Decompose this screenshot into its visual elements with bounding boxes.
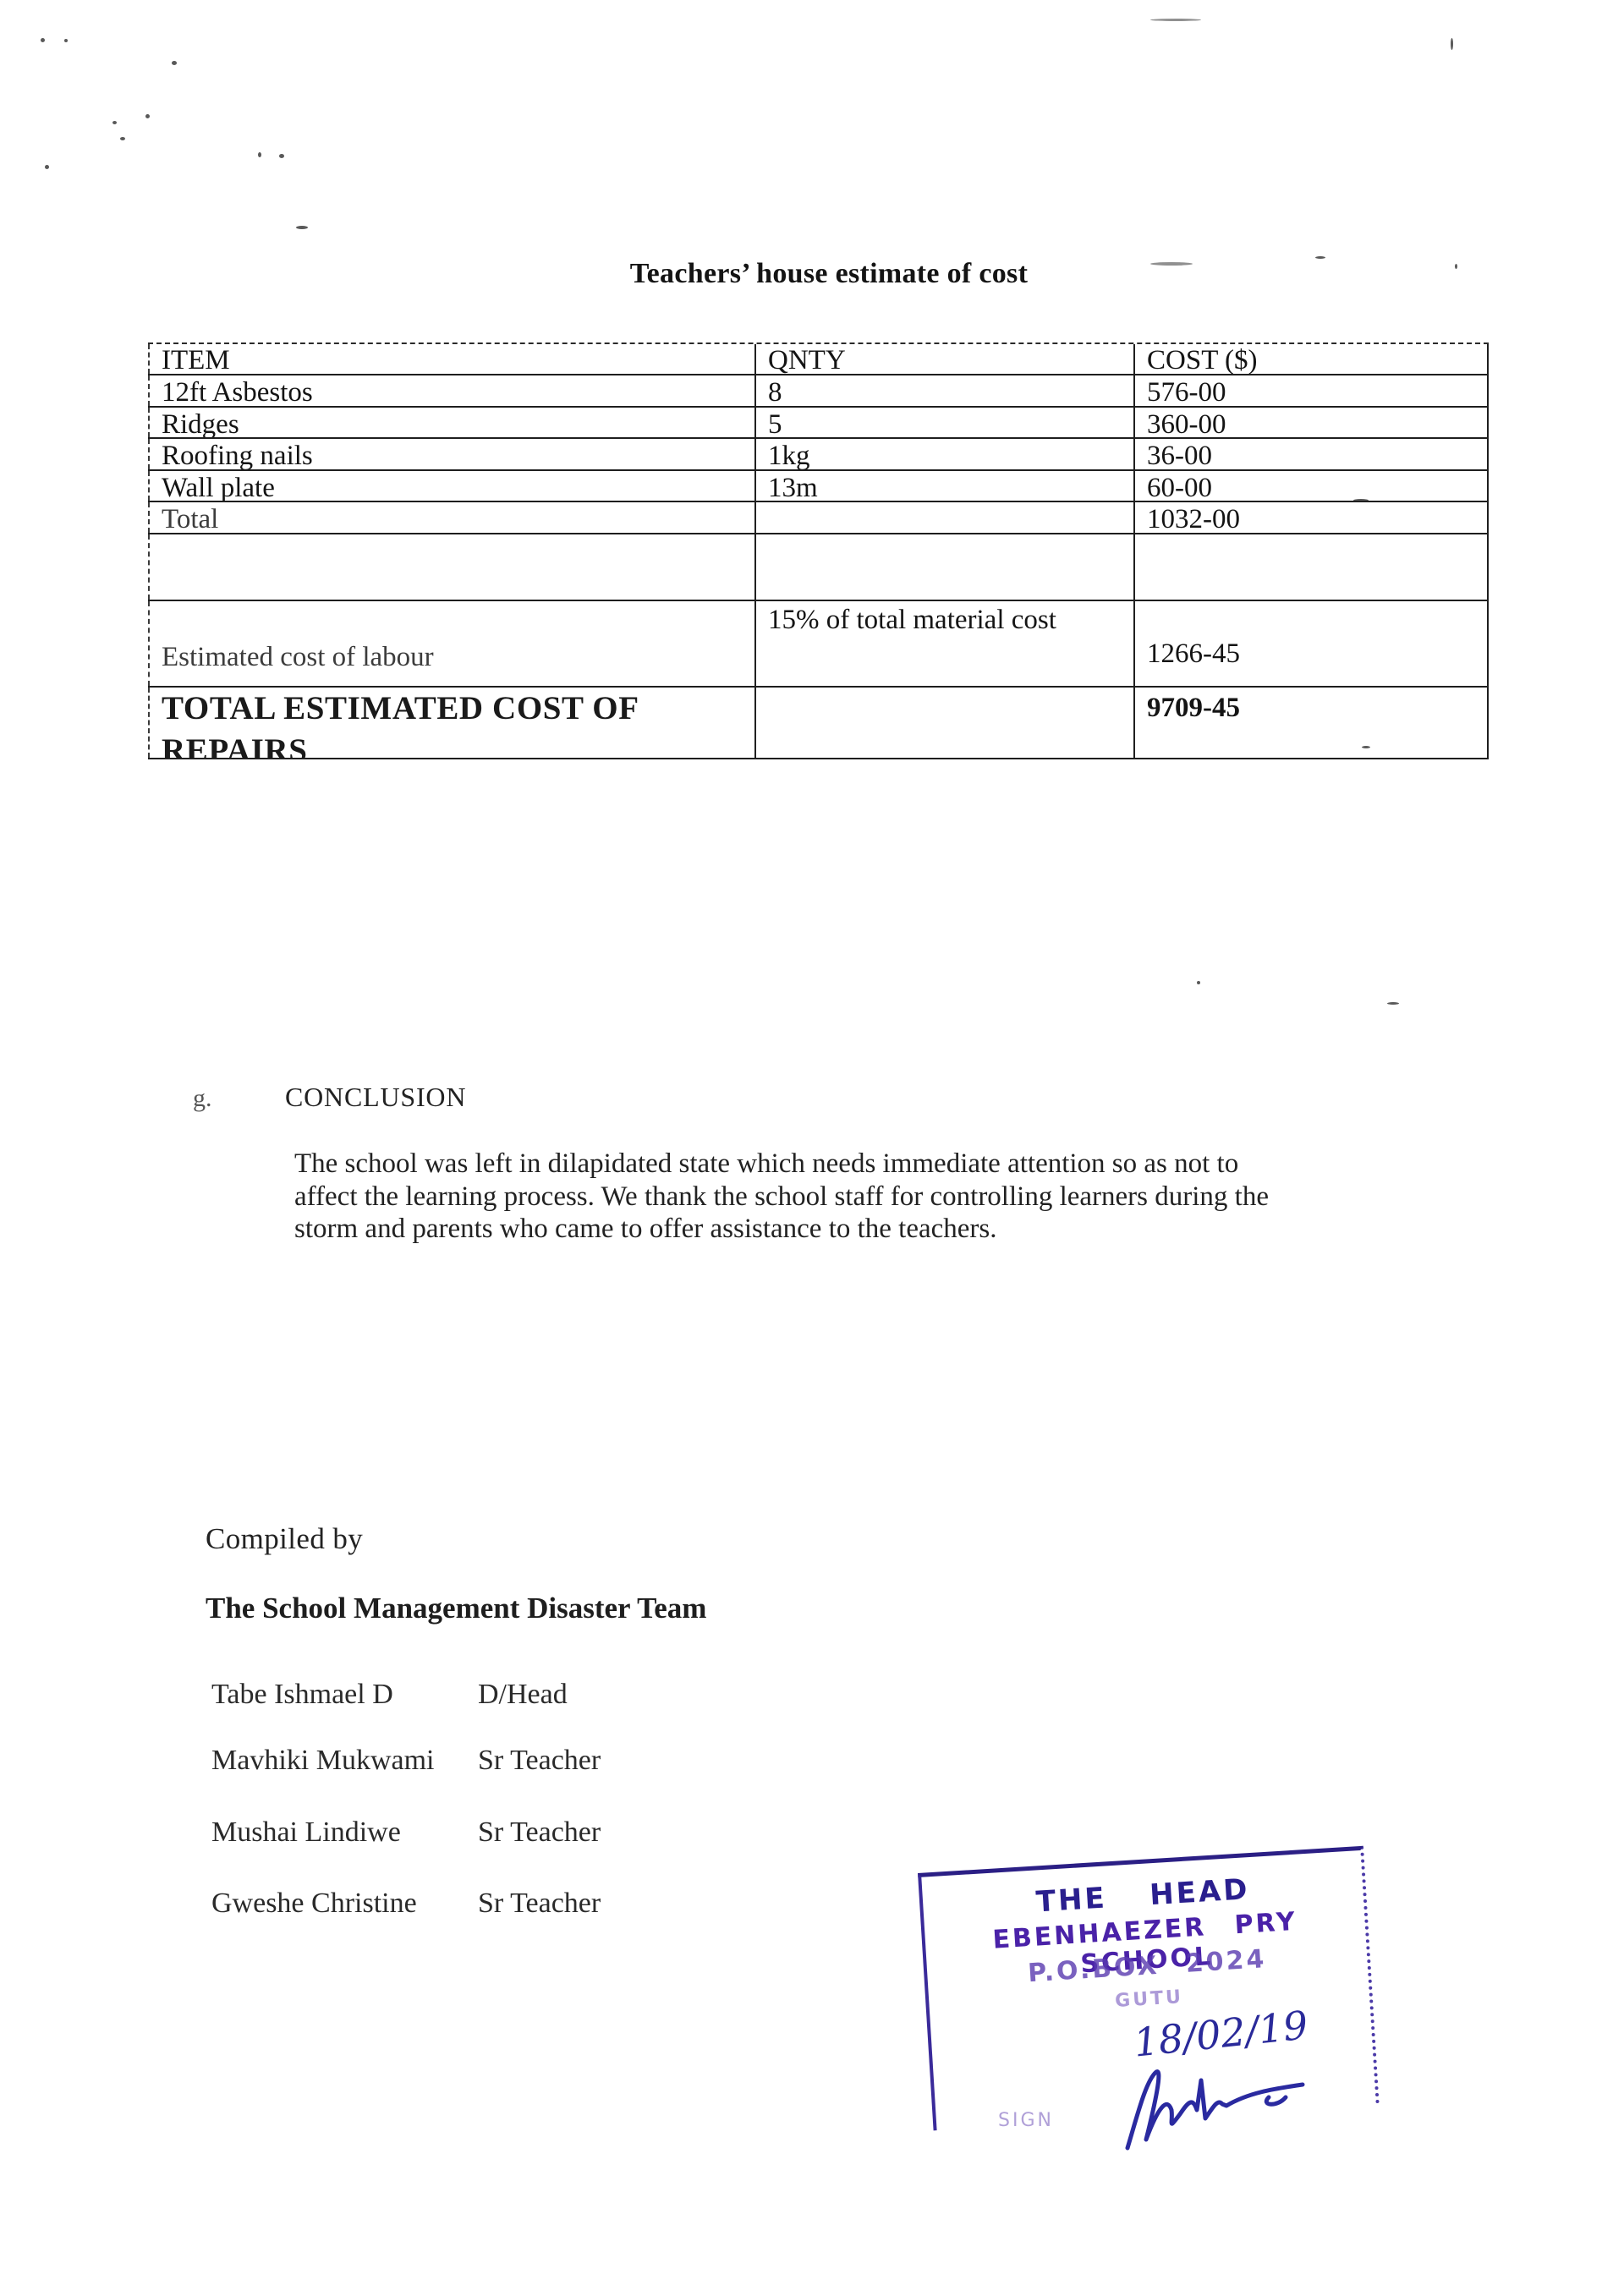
team-member: Tabe Ishmael DD/Head	[211, 1679, 568, 1711]
item-cell: Roofing nails	[148, 439, 754, 469]
grand-total-qnty	[754, 688, 1133, 758]
section-letter: g.	[193, 1084, 212, 1113]
team-name: The School Management Disaster Team	[206, 1592, 706, 1625]
member-role: Sr Teacher	[478, 1817, 601, 1849]
qnty-cell: 1kg	[754, 439, 1133, 469]
table-row-total: Total 1032-00	[148, 502, 1489, 534]
empty-cell	[754, 534, 1133, 600]
cost-cell: 360-00	[1133, 408, 1489, 438]
compiled-by-label: Compiled by	[206, 1522, 363, 1556]
header-cost: COST ($)	[1133, 344, 1489, 374]
estimate-table: ITEM QNTY COST ($) 12ft Asbestos 8 576-0…	[148, 342, 1489, 759]
qnty-cell: 13m	[754, 471, 1133, 501]
team-member: Gweshe ChristineSr Teacher	[211, 1888, 601, 1920]
item-cell: Wall plate	[148, 471, 754, 501]
member-role: D/Head	[478, 1679, 568, 1711]
table-row: 12ft Asbestos 8 576-00	[148, 375, 1489, 408]
table-row-empty	[148, 534, 1489, 601]
grand-total-label: TOTAL ESTIMATED COST OF REPAIRS	[148, 688, 754, 758]
table-row-grand-total: TOTAL ESTIMATED COST OF REPAIRS 9709-45	[148, 688, 1489, 759]
grand-total-cost: 9709-45	[1133, 688, 1489, 758]
qnty-cell: 8	[754, 375, 1133, 406]
header-item: ITEM	[148, 344, 754, 374]
member-role: Sr Teacher	[478, 1745, 601, 1777]
table-row-labour: Estimated cost of labour 15% of total ma…	[148, 601, 1489, 688]
conclusion-paragraph: The school was left in dilapidated state…	[294, 1148, 1269, 1246]
labour-item-cell: Estimated cost of labour	[148, 601, 754, 686]
team-member: Mavhiki MukwamiSr Teacher	[211, 1745, 601, 1777]
paragraph-line: storm and parents who came to offer assi…	[294, 1213, 1269, 1246]
table-header-row: ITEM QNTY COST ($)	[148, 342, 1489, 375]
cost-cell: 1032-00	[1133, 502, 1489, 533]
team-member: Mushai LindiweSr Teacher	[211, 1817, 601, 1849]
cost-cell: 36-00	[1133, 439, 1489, 469]
member-name: Gweshe Christine	[211, 1888, 478, 1920]
table-row: Wall plate 13m 60-00	[148, 471, 1489, 503]
table-row: Roofing nails 1kg 36-00	[148, 439, 1489, 471]
member-name: Mavhiki Mukwami	[211, 1745, 478, 1777]
item-cell: 12ft Asbestos	[148, 375, 754, 406]
labour-cost-cell: 1266-45	[1133, 601, 1489, 686]
member-role: Sr Teacher	[478, 1888, 601, 1920]
member-name: Mushai Lindiwe	[211, 1817, 478, 1849]
empty-cell	[1133, 534, 1489, 600]
empty-cell	[148, 534, 754, 600]
stamp-sign-label: SIGN	[998, 2110, 1054, 2131]
document-title: Teachers’ house estimate of cost	[0, 258, 1624, 290]
member-name: Tabe Ishmael D	[211, 1679, 478, 1711]
item-cell: Ridges	[148, 408, 754, 438]
table-row: Ridges 5 360-00	[148, 408, 1489, 440]
item-cell: Total	[148, 502, 754, 533]
conclusion-heading: CONCLUSION	[285, 1082, 466, 1113]
header-qnty: QNTY	[754, 344, 1133, 374]
paragraph-line: affect the learning process. We thank th…	[294, 1181, 1269, 1214]
signature-icon	[1121, 2047, 1315, 2156]
qnty-cell	[754, 502, 1133, 533]
qnty-cell: 5	[754, 408, 1133, 438]
cost-cell: 576-00	[1133, 375, 1489, 406]
paragraph-line: The school was left in dilapidated state…	[294, 1148, 1269, 1181]
cost-cell: 60-00	[1133, 471, 1489, 501]
labour-qnty-cell: 15% of total material cost	[754, 601, 1133, 686]
